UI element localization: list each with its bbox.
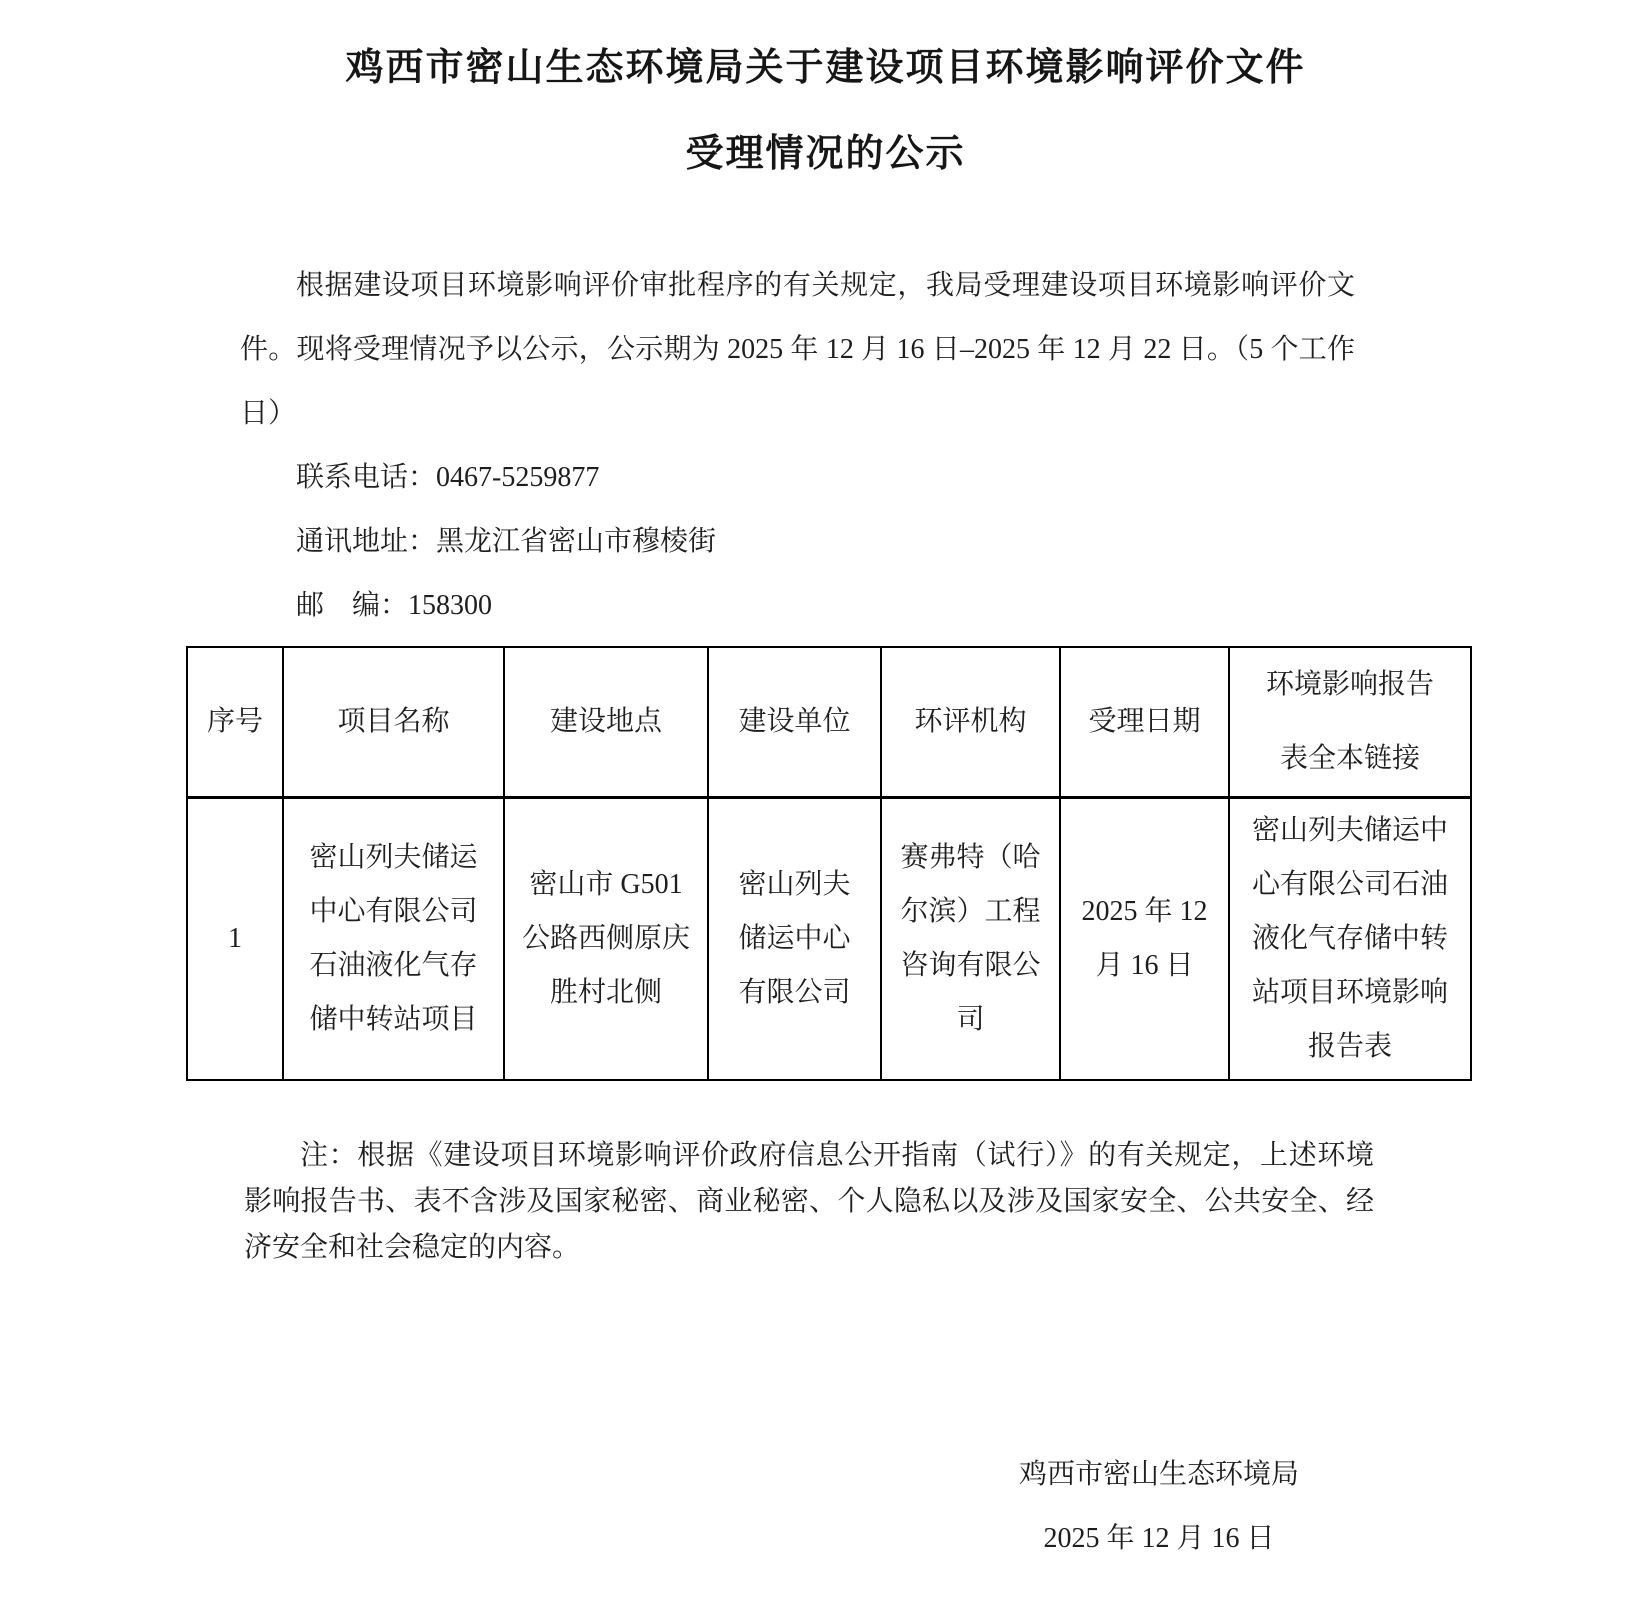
note-paragraph: 注：根据《建设项目环境影响评价政府信息公开指南（试行）》的有关规定，上述环境影响…: [244, 1133, 1374, 1271]
page-title-line1: 鸡西市密山生态环境局关于建设项目环境影响评价文件: [0, 44, 1651, 92]
report-link[interactable]: 密山列夫储运中心有限公司石油液化气存储中转站项目环境影响报告表: [1252, 815, 1448, 1062]
signature: 鸡西市密山生态环境局: [1019, 1443, 1299, 1507]
header-constructor: 建设单位: [708, 647, 881, 798]
header-seq: 序号: [187, 647, 283, 798]
acceptance-table: 序号 项目名称 建设地点 建设单位 环评机构 受理日期 环境影响报告表全本链接 …: [186, 646, 1472, 1081]
document-page: 鸡西市密山生态环境局关于建设项目环境影响评价文件 受理情况的公示 根据建设项目环…: [0, 0, 1651, 1619]
location-cell: 密山市 G501 公路西侧原庆胜村北侧: [504, 798, 708, 1080]
header-accept-date: 受理日期: [1060, 647, 1229, 798]
page-title-line2: 受理情况的公示: [0, 130, 1651, 178]
accept-date-cell: 2025 年 12 月 16 日: [1060, 798, 1229, 1080]
project-name-cell: 密山列夫储运中心有限公司石油液化气存储中转站项目: [283, 798, 504, 1080]
header-location: 建设地点: [504, 647, 708, 798]
seq-cell: 1: [187, 798, 283, 1080]
contact-address-line: 通讯地址：黑龙江省密山市穆棱街: [240, 510, 1651, 574]
contact-phone-line: 联系电话：0467-5259877: [240, 446, 1651, 510]
postal-code-line: 邮 编：158300: [240, 574, 1651, 638]
table-header-row: 序号 项目名称 建设地点 建设单位 环评机构 受理日期 环境影响报告表全本链接: [187, 647, 1471, 798]
header-report-link-label: 环境影响报告表全本链接: [1258, 648, 1443, 796]
sign-date: 2025 年 12 月 16 日: [1019, 1507, 1299, 1571]
header-project-name: 项目名称: [283, 647, 504, 798]
header-agency: 环评机构: [881, 647, 1060, 798]
report-link-cell: 密山列夫储运中心有限公司石油液化气存储中转站项目环境影响报告表: [1229, 798, 1471, 1080]
intro-paragraph: 根据建设项目环境影响评价审批程序的有关规定，我局受理建设项目环境影响评价文件。现…: [240, 254, 1355, 446]
signature-block: 鸡西市密山生态环境局 2025 年 12 月 16 日: [1019, 1443, 1299, 1571]
table-row: 1 密山列夫储运中心有限公司石油液化气存储中转站项目 密山市 G501 公路西侧…: [187, 798, 1471, 1080]
constructor-cell: 密山列夫储运中心有限公司: [708, 798, 881, 1080]
header-report-link: 环境影响报告表全本链接: [1229, 647, 1471, 798]
agency-cell: 赛弗特（哈尔滨）工程咨询有限公司: [881, 798, 1060, 1080]
